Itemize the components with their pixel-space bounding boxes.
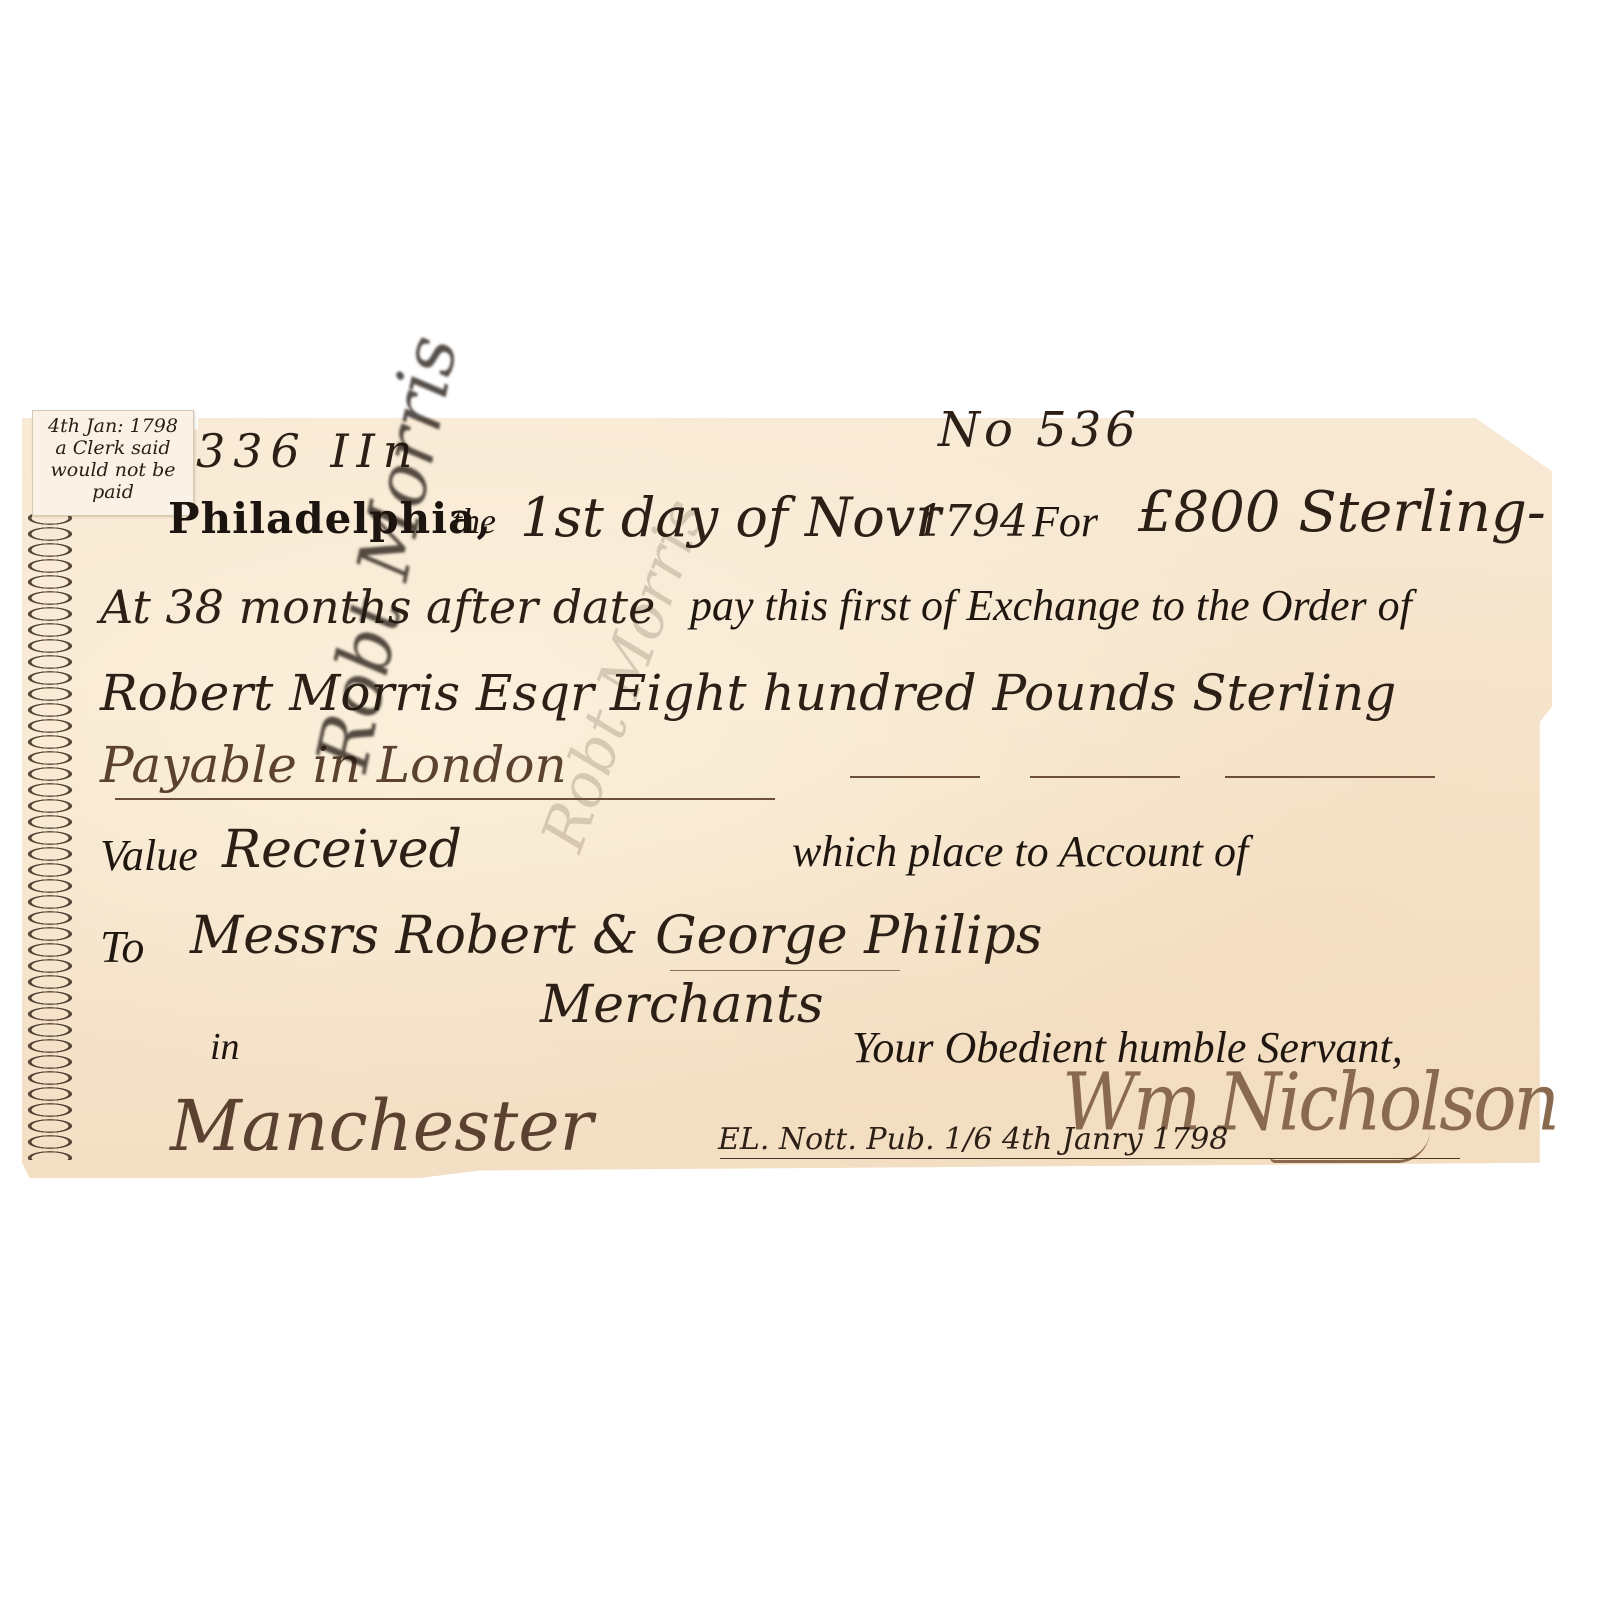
to-label: To [100,920,144,973]
account-label: which place to Account of [792,826,1248,877]
dash-rule [1225,776,1435,778]
note-line: would not be [33,459,193,481]
addressee-role: Merchants [540,975,824,1035]
bottom-rule [720,1158,1460,1159]
place-philadelphia: Philadelphia, [168,494,492,543]
protest-note: EL. Nott. Pub. 1/6 4th Janry 1798 [718,1122,1228,1157]
value-label: Value [100,830,198,881]
city-manchester: Manchester [170,1085,593,1167]
for-label: For [1032,496,1098,547]
bill-number: No 536 [938,402,1140,458]
dash-rule [850,776,980,778]
underline-rule [115,798,775,800]
bill-date: 1st day of Novr [520,486,941,549]
payee-and-amount-words: Robert Morris Esqr Eight hundred Pounds … [100,664,1396,722]
bill-amount: £800 Sterling- [1138,480,1546,545]
the-label: the [452,500,496,542]
value-received-handwritten: Received [222,820,462,880]
exchange-printed-text: pay this first of Exchange to the Order … [690,580,1412,631]
note-line: a Clerk said [33,437,193,459]
note-line: 4th Jan: 1798 [33,415,193,437]
dash-rule [1030,776,1180,778]
addressee-name: Messrs Robert & George Philips [190,906,1043,966]
bill-year: 1794 [916,496,1028,547]
strike-rule [670,970,900,971]
guilloche-border-ornament [22,510,78,1160]
in-label: in [210,1025,240,1069]
